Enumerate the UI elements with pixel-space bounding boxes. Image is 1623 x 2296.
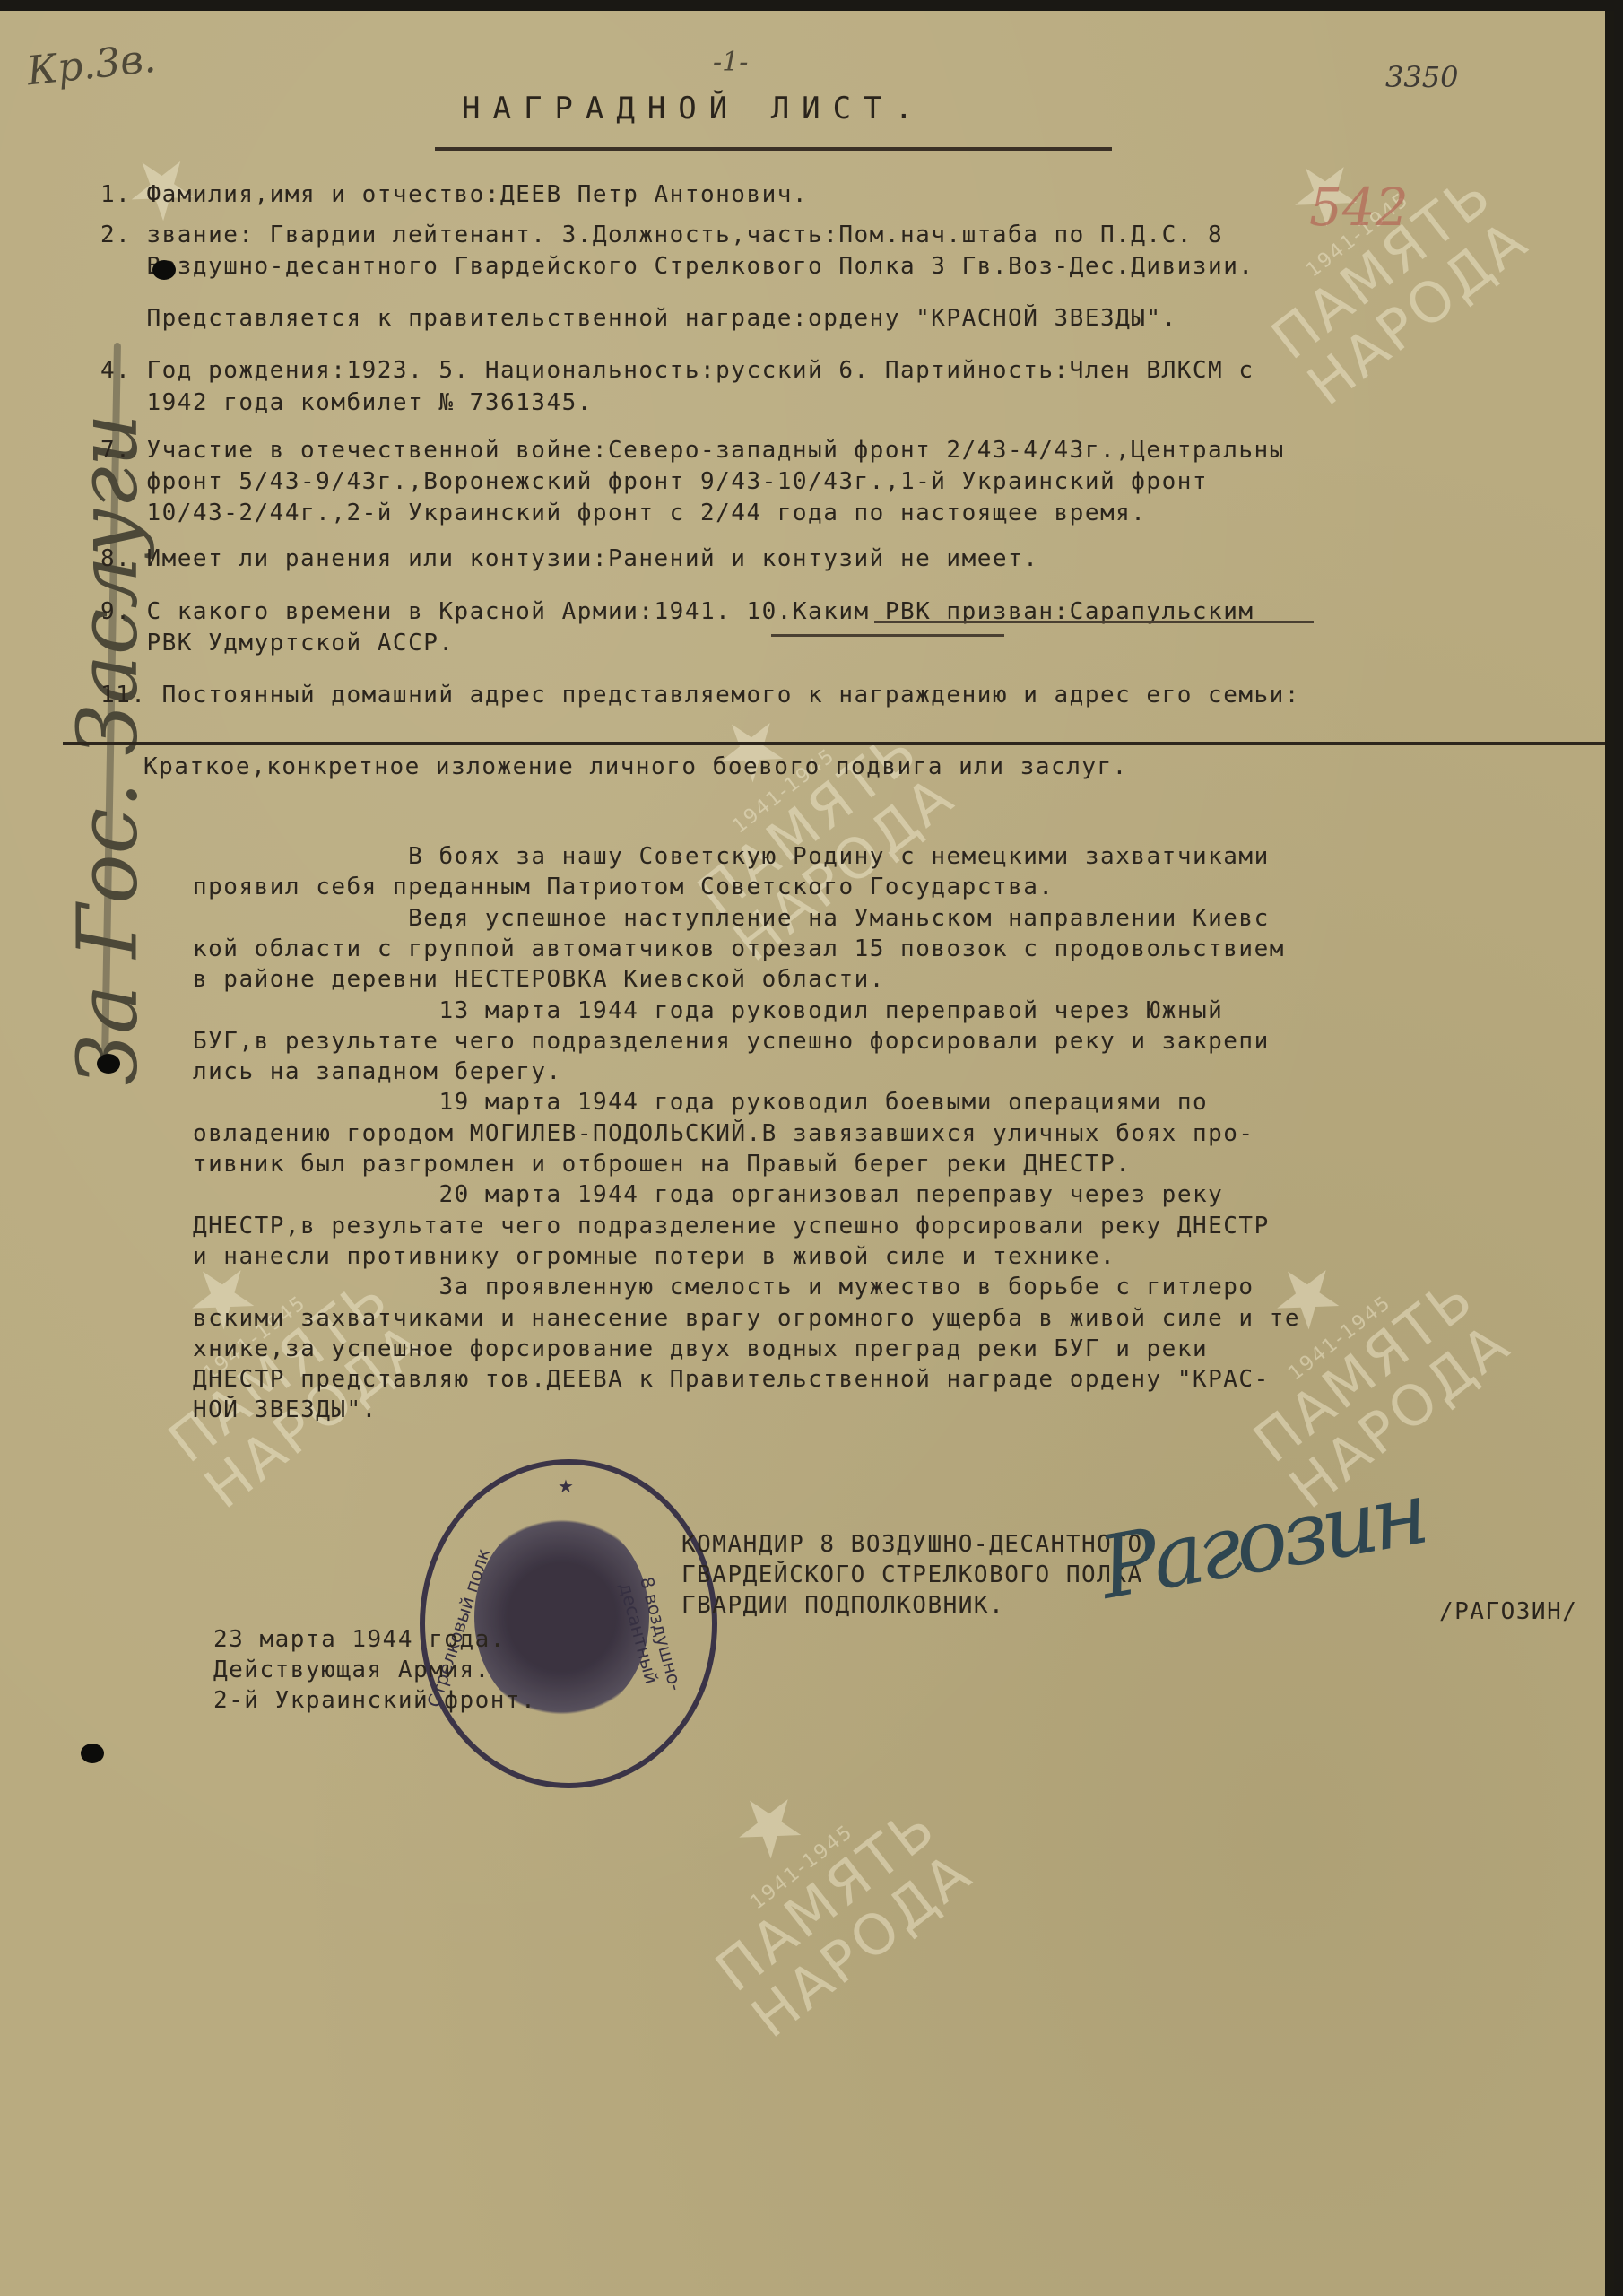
narrative-line: В боях за нашу Советскую Родину с немецк… [193, 845, 1270, 868]
narrative-line: кой области с группой автоматчиков отрез… [193, 937, 1285, 961]
form-field-line: 7. Участие в отечественной войне:Северо-… [100, 439, 1285, 462]
section-heading: Краткое,конкретное изложение личного бое… [143, 755, 1128, 778]
document-title: НАГРАДНОЙ ЛИСТ. [462, 93, 925, 124]
official-stamp: ★ Стрелковый полк 8 воздушно-десантный [420, 1459, 717, 1788]
form-field-line: 4. Год рождения:1923. 5. Национальность:… [100, 359, 1254, 382]
section-divider [63, 742, 1614, 745]
watermark: ★ 1941-1945 ПАМЯТЬ НАРОДА [640, 1712, 982, 2048]
narrative-line: овладению городом МОГИЛЕВ-ПОДОЛЬСКИЙ.В з… [193, 1122, 1254, 1145]
underline [874, 621, 1314, 623]
narrative-line: 19 марта 1944 года руководил боевыми опе… [193, 1091, 1208, 1114]
punch-hole [152, 260, 176, 280]
signature-line-1: КОМАНДИР 8 ВОЗДУШНО-ДЕСАНТНОГО [681, 1533, 1143, 1556]
underline [771, 634, 1004, 637]
signature-line-3: ГВАРДИИ ПОДПОЛКОВНИК. [681, 1594, 1004, 1617]
form-field-line: 11. Постоянный домашний адрес представля… [100, 683, 1300, 707]
narrative-line: лись на западном берегу. [193, 1060, 562, 1083]
narrative-line: ДНЕСТР представляю тов.ДЕЕВА к Правитель… [193, 1368, 1270, 1391]
red-pencil-mark: 542 [1309, 177, 1409, 238]
narrative-line: и нанесли противнику огромные потери в ж… [193, 1245, 1115, 1268]
narrative-line: хнике,за успешное форсирование двух водн… [193, 1337, 1208, 1361]
narrative-line: 13 марта 1944 года руководил переправой … [193, 999, 1223, 1022]
narrative-line: тивник был разгромлен и отброшен на Прав… [193, 1152, 1131, 1176]
narrative-line: За проявленную смелость и мужество в бор… [193, 1275, 1254, 1299]
narrative-line: БУГ,в результате чего подразделения успе… [193, 1030, 1270, 1053]
signature-line-2: ГВАРДЕЙСКОГО СТРЕЛКОВОГО ПОЛКА [681, 1563, 1143, 1587]
footer-army: Действующая Армия. [213, 1658, 490, 1682]
narrative-line: НОЙ ЗВЕЗДЫ". [193, 1398, 378, 1422]
narrative-line: Ведя успешное наступление на Уманьском н… [193, 907, 1270, 930]
form-field-line: 1. Фамилия,имя и отчество:ДЕЕВ Петр Анто… [100, 183, 808, 206]
signer-name: /РАГОЗИН/ [1439, 1600, 1577, 1623]
narrative-line: проявил себя преданным Патриотом Советск… [193, 875, 1055, 899]
form-field-line: фронт 5/43-9/43г.,Воронежский фронт 9/43… [100, 470, 1208, 493]
form-field-line: 2. звание: Гвардии лейтенант. 3.Должност… [100, 223, 1223, 247]
narrative-line: 20 марта 1944 года организовал переправу… [193, 1183, 1223, 1206]
punch-hole [97, 1054, 120, 1074]
margin-note: За Гос. Заслуги [60, 346, 156, 1153]
narrative-line: ДНЕСТР,в результате чего подразделение у… [193, 1214, 1270, 1238]
title-underline [435, 147, 1112, 151]
form-field-line: Воздушно-десантного Гвардейского Стрелко… [100, 255, 1254, 278]
form-field-line: Представляется к правительственной награ… [100, 307, 1177, 330]
punch-hole [81, 1744, 104, 1763]
narrative-line: вскими захватчиками и нанесение врагу ог… [193, 1307, 1300, 1330]
handwritten-signature: Рагозин [1092, 1463, 1430, 1618]
stamp-star-icon: ★ [558, 1475, 574, 1497]
narrative-line: в районе деревни НЕСТЕРОВКА Киевской обл… [193, 968, 885, 991]
form-field-line: 8. Имеет ли ранения или контузии:Ранений… [100, 547, 1038, 570]
form-field-line: 10/43-2/44г.,2-й Украинский фронт с 2/44… [100, 501, 1146, 525]
form-field-line: РВК Удмуртской АССР. [100, 631, 455, 655]
form-field-line: 1942 года комбилет № 7361345. [100, 391, 593, 414]
corner-note: Кр.3в. [25, 36, 158, 95]
footer-front: 2-й Украинский фронт. [213, 1689, 536, 1712]
footer-date: 23 марта 1944 года. [213, 1628, 506, 1651]
page-mark: -1- [713, 47, 748, 78]
document-number: 3350 [1385, 60, 1458, 94]
award-sheet: ★ ★ 1941-1945 ПАМЯТЬ НАРОДА ★ 1941-1945 … [0, 11, 1614, 2296]
